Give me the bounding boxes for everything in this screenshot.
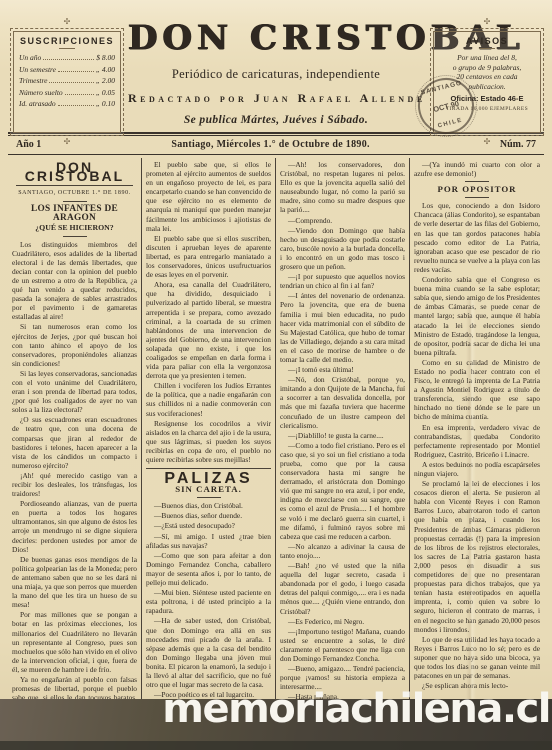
watermark: memoriachilena.cl bbox=[162, 686, 550, 732]
subscription-price: „ 2.00 bbox=[96, 76, 115, 85]
aviso-line: o grupo de 9 palabras, bbox=[439, 63, 535, 73]
big: PALIZAS bbox=[146, 474, 271, 483]
paragraph: —Como a todo fiel cristiano. Pero es el … bbox=[280, 441, 405, 541]
dot-leader bbox=[49, 82, 93, 83]
paragraph: Los que, conociendo a don Isidoro Chanca… bbox=[414, 201, 540, 274]
stamp-city: SANTIAGO bbox=[420, 80, 463, 97]
dateline-date: Santiago, Miércoles 1.° de Octubre de 18… bbox=[171, 139, 369, 150]
paragraph: Resígnense los cocodrilos a vivir aislad… bbox=[146, 419, 271, 464]
subscription-label: Número suelto bbox=[19, 88, 63, 97]
divider bbox=[16, 185, 133, 186]
paragraph: Si tan numerosos eran como los ejércitos… bbox=[12, 322, 137, 367]
paragraph: El pueblo sabe que si ellos suscriben, d… bbox=[146, 234, 271, 279]
paragraph: De buenas ganas esos mendigos de la polí… bbox=[12, 555, 137, 610]
suscripciones-box: ✣ SUSCRIPCIONES Un año$ 8.00Un semestre„… bbox=[10, 28, 124, 136]
paragraph: Si las leyes conservadoras, sancionadas … bbox=[12, 369, 137, 414]
subscription-price: „ 0.05 bbox=[96, 88, 115, 97]
ornament-icon: ✣ bbox=[64, 138, 71, 146]
newspaper-title: DON CRISTOBAL bbox=[128, 18, 424, 58]
paragraph: —¡Diablillo! te gusta la carne.... bbox=[280, 431, 405, 440]
column-2: El pueblo sabe que, si ellos le prometen… bbox=[142, 158, 276, 750]
divider bbox=[63, 236, 87, 237]
paragraph: Se proclamó la lei de elecciones i los c… bbox=[414, 479, 540, 634]
paragraph: —Ha de saber usted, don Cristóbal, que d… bbox=[146, 616, 271, 689]
subscription-label: Trimestre bbox=[19, 76, 47, 85]
subscription-item: Trimestre„ 2.00 bbox=[19, 76, 115, 85]
paragraph: ¿O sus escuadrones eran escuadrones de t… bbox=[12, 415, 137, 470]
schedule-line: Se publica Mártes, Juéves i Sábado. bbox=[128, 114, 424, 126]
masthead-center: DON CRISTOBAL Periódico de caricaturas, … bbox=[128, 18, 424, 126]
dot-leader bbox=[58, 105, 94, 106]
paragraph: Por mas millones que se pongan a botar e… bbox=[12, 610, 137, 674]
editor-line: Redactado por Juan Rafael Allende bbox=[128, 91, 424, 106]
paragraph: —¡I por supuesto que aquellos novios ten… bbox=[280, 272, 405, 290]
paragraph: Lo que de esa utilidad les haya tocado a… bbox=[414, 635, 540, 680]
subscription-item: Id. atrasado„ 0.10 bbox=[19, 99, 115, 108]
subscription-price: „ 0.10 bbox=[96, 99, 115, 108]
paragraph: —No alcanzo a adivinar la causa de tanto… bbox=[280, 542, 405, 560]
paragraph: —¡Importuno testigo! Mañana, cuando uste… bbox=[280, 627, 405, 663]
paragraph: Ahora, esa canalla del Cuadrilátero, que… bbox=[146, 280, 271, 380]
divider bbox=[63, 201, 87, 202]
subscription-label: Id. atrasado bbox=[19, 99, 56, 108]
divider bbox=[146, 468, 271, 469]
dateline: Año 1 Santiago, Miércoles 1.° de Octubre… bbox=[8, 136, 544, 153]
divider bbox=[465, 181, 489, 182]
avisos-title: AVISOS bbox=[439, 36, 535, 46]
paragraph: —(Ya inundó mi cuarto con olor a azufre … bbox=[414, 160, 540, 178]
ornament-icon: ✣ bbox=[484, 138, 491, 146]
paragraph: En esa imprenta, verdadero vivac de cont… bbox=[414, 423, 540, 459]
paragraph: Condorito sabía que el Congreso es buena… bbox=[414, 275, 540, 357]
column-1: DON CRISTOBALSantiago, Octubre 1.° de 18… bbox=[8, 158, 142, 750]
suscripciones-list: Un año$ 8.00Un semestre„ 4.00Trimestre„ … bbox=[19, 53, 115, 108]
paragraph: Pordioseando alianzas, van de puerta en … bbox=[12, 499, 137, 554]
ornament-icon: ✣ bbox=[64, 18, 71, 26]
paragraph: El pueblo sabe que, si ellos le prometen… bbox=[146, 160, 271, 233]
paragraph: —Comprendo. bbox=[280, 216, 405, 225]
dateline-number: Núm. 77 bbox=[500, 139, 536, 150]
subscription-price: $ 8.00 bbox=[96, 53, 115, 62]
paragraph: —¡I tomó esta última! bbox=[280, 365, 405, 374]
subscription-label: Un semestre bbox=[19, 65, 56, 74]
aviso-line: Por una línea del 8, bbox=[439, 53, 535, 63]
ornament-icon: ✣ bbox=[484, 18, 491, 26]
subhead: POR OPOSITOR bbox=[414, 185, 540, 194]
dateline-year: Año 1 bbox=[16, 139, 41, 150]
column-4: —(Ya inundó mi cuarto con olor a azufre … bbox=[410, 158, 544, 750]
paragraph: —Buenos dias, señor duende. bbox=[146, 511, 271, 520]
columns: DON CRISTOBALSantiago, Octubre 1.° de 18… bbox=[8, 158, 544, 750]
paragraph: Chillen i vociferen los Judíos Errantes … bbox=[146, 381, 271, 417]
divider bbox=[8, 154, 544, 155]
paragraph: —Es Federico, mi Negro. bbox=[280, 617, 405, 626]
subscription-item: Un semestre„ 4.00 bbox=[19, 65, 115, 74]
paragraph: —Nó, don Cristóbal, porque yo, imitando … bbox=[280, 375, 405, 430]
dot-leader bbox=[58, 71, 94, 72]
divider bbox=[59, 48, 75, 49]
suscripciones-title: SUSCRIPCIONES bbox=[19, 36, 115, 46]
stamp-country: CHILE bbox=[437, 117, 463, 129]
colhead: DON CRISTOBAL bbox=[12, 163, 137, 181]
paragraph: ¡Ah! qué merecido castigo van a recibir … bbox=[12, 471, 137, 498]
paragraph: —Como que son para afeitar a don Domingo… bbox=[146, 551, 271, 587]
divider bbox=[479, 48, 495, 49]
paragraph: Los distinguidos miembros del Cuadriláte… bbox=[12, 240, 137, 322]
dot-leader bbox=[43, 59, 94, 60]
paragraph: —Mui bien. Siéntese usted paciente en es… bbox=[146, 588, 271, 615]
paragraph: —I ántes del novenario de ordenanza. Per… bbox=[280, 291, 405, 364]
newspaper-page: ✣ SUSCRIPCIONES Un año$ 8.00Un semestre„… bbox=[0, 0, 552, 750]
headline: LOS INFANTES DE ARAGON bbox=[12, 205, 137, 223]
column-3: —Ah! los conservadores, don Cristóbal, n… bbox=[276, 158, 410, 750]
paragraph: —Buenos dias, don Cristóbal. bbox=[146, 501, 271, 510]
subscription-item: Un año$ 8.00 bbox=[19, 53, 115, 62]
stamp-date: OCT 90 bbox=[432, 98, 460, 113]
subscription-item: Número suelto„ 0.05 bbox=[19, 88, 115, 97]
paragraph: —Bah! ¿no vé usted que la niña aquella d… bbox=[280, 561, 405, 616]
dot-leader bbox=[65, 94, 94, 95]
paragraph: —Sí, mi amigo. I usted ¿trae bien afilad… bbox=[146, 532, 271, 550]
divider bbox=[465, 197, 489, 198]
tiny: Santiago, Octubre 1.° de 1890. bbox=[12, 189, 137, 198]
paragraph: —¿Está usted desocupado? bbox=[146, 521, 271, 530]
headline2: ¿QUÉ SE HICIERON? bbox=[12, 223, 137, 232]
paragraph: —Viendo don Domingo que había hecho un d… bbox=[280, 226, 405, 271]
paragraph: —Ah! los conservadores, don Cristóbal, n… bbox=[280, 160, 405, 215]
subscription-price: „ 4.00 bbox=[96, 65, 115, 74]
paragraph: Como en su calidad de Ministro de Estado… bbox=[414, 358, 540, 422]
divider bbox=[197, 497, 221, 498]
newspaper-subtitle: Periódico de caricaturas, independiente bbox=[128, 67, 424, 82]
masthead: ✣ SUSCRIPCIONES Un año$ 8.00Un semestre„… bbox=[0, 0, 552, 132]
subscription-label: Un año bbox=[19, 53, 41, 62]
paragraph: A estos beduinos no podía escapárseles n… bbox=[414, 460, 540, 478]
